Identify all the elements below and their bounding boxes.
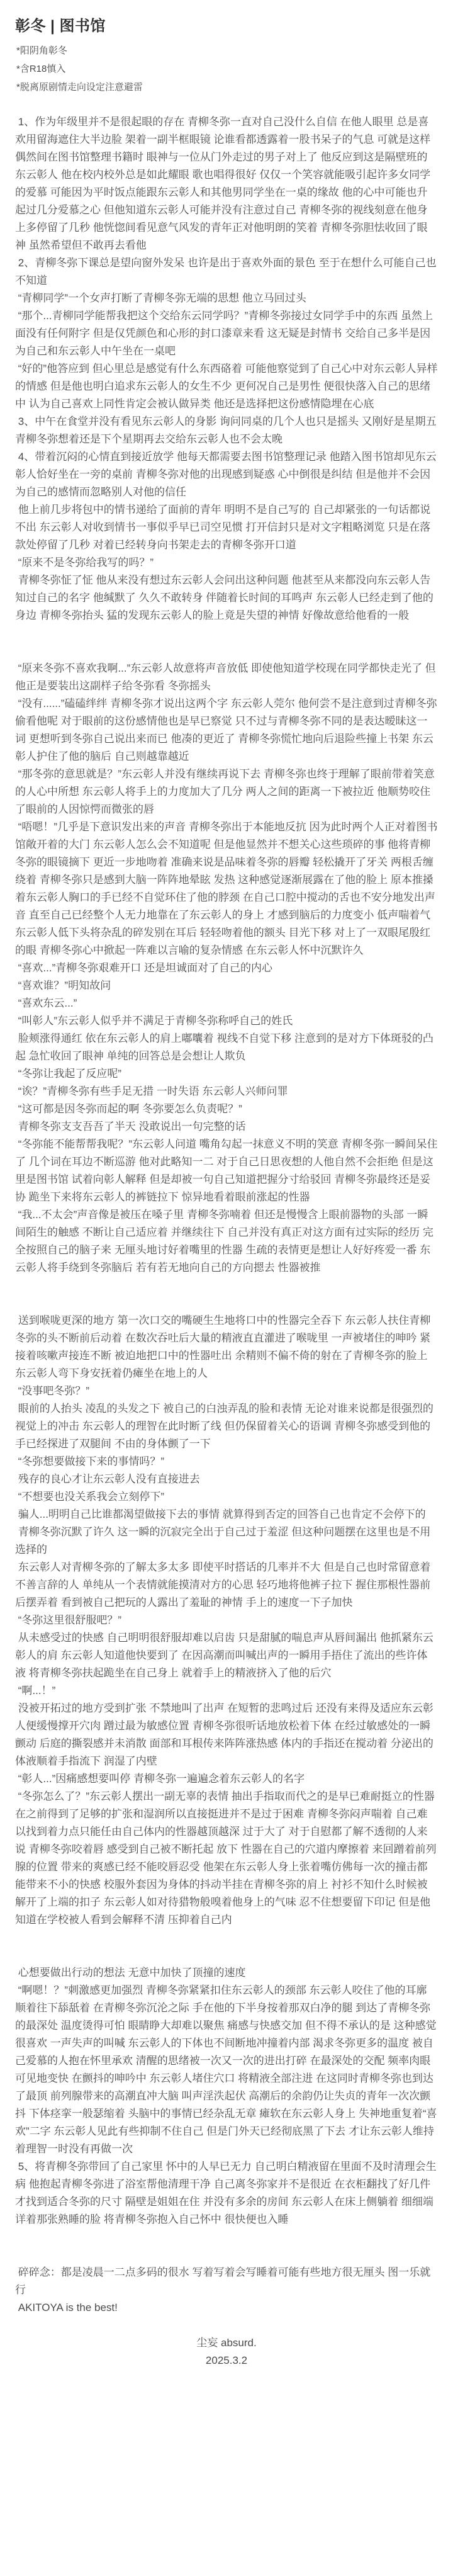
story-paragraph: 3、中午在食堂并没有看见东云彰人的身影 询问同桌的几个人也只是摇头 又刚好是星期… — [15, 413, 438, 448]
story-paragraph: 青柳冬弥沉默了许久 这一瞬的沉寂完全出于自己过于羞涩 但这种问题摆在这里也是不用… — [15, 1523, 438, 1559]
story-paragraph: “冬弥想要做接下来的事情吗？” — [15, 1453, 438, 1471]
story-paragraph: 心想要做出行动的想法 无意中加快了顶撞的速度 — [15, 1964, 438, 1982]
story-paragraph: 5、将青柳冬弥带回了自己家里 怀中的人早已无力 自己明白精液留在里面不及时清理会… — [15, 2158, 438, 2229]
story-paragraph: “这可都是因冬弥而起的啊 冬弥要怎么负责呢？” — [15, 1100, 438, 1118]
story-paragraph: “我...不太会”声音像是被压在嗓子里 青柳冬弥喃着 但还是慢慢含上眼前器物的头… — [15, 1206, 438, 1277]
story-paragraph: “没事吧冬弥？” — [15, 1382, 438, 1400]
post-article: 彰冬 | 图书馆 *阳阴角彰冬 *含R18慎入 *脱离原剧情走向设定注意避雷 1… — [0, 0, 453, 2370]
story-paragraph: 他上前几步将包中的情书递给了面前的青年 明明不是自己写的 自己却紧张的一句话都说… — [15, 501, 438, 554]
blank-gap — [15, 1929, 438, 1964]
story-paragraph: 骗人...明明自己比谁都渴望做接下去的事情 就算得到否定的回答自己也肯定不会停下… — [15, 1506, 438, 1523]
story-paragraph: 1、作为年级里并不是很起眼的存在 青柳冬弥一直对自己没什么自信 在他人眼里 总是… — [15, 113, 438, 254]
story-paragraph: 脸颊涨得通红 依在东云彰人的肩上嘟囔着 视线不自觉下移 注意到的是对方下体斑驳的… — [15, 1030, 438, 1065]
story-paragraph: 东云彰人对青柳冬弥的了解太多太多 即使平时搭话的几率并不大 但是自己也时常留意着… — [15, 1559, 438, 1612]
post-body: 1、作为年级里并不是很起眼的存在 青柳冬弥一直对自己没什么自信 在他人眼里 总是… — [15, 113, 438, 2334]
story-paragraph: “喜欢...”青柳冬弥艰难开口 还是坦诚面对了自己的内心 — [15, 959, 438, 977]
story-paragraph: 青柳冬弥支支吾吾了半天 没敢说出一句完整的话 — [15, 1118, 438, 1136]
story-paragraph: AKITOYA is the best! — [15, 2299, 438, 2317]
post-footer: 尘妄 absurd. 2025.3.2 — [15, 2334, 438, 2370]
story-paragraph: “那个...青柳同学能帮我把这个交给东云同学吗？”青柳冬弥接过女同学手中的东西 … — [15, 307, 438, 360]
story-paragraph: “那冬弥的意思就是？”东云彰人并没有继续再说下去 青柳冬弥也终于理解了眼前带着笑… — [15, 765, 438, 818]
story-paragraph: “青柳同学”一个女声打断了青柳冬弥无端的思想 他立马回过头 — [15, 290, 438, 307]
story-paragraph: “啊嗯！？”刺激感更加强烈 青柳冬弥紧紧扣住东云彰人的颈部 东云彰人咬住了他的耳… — [15, 1982, 438, 2158]
story-paragraph: 残存的良心才让东云彰人没有直接进去 — [15, 1471, 438, 1488]
story-paragraph: “彰人...”因痛感想要叫停 青柳冬弥一遍遍念着东云彰人的名字 — [15, 1770, 438, 1788]
tag-line: *含R18慎入 — [15, 60, 438, 78]
author-signature: 尘妄 absurd. — [15, 2334, 438, 2352]
tag-line: *脱离原剧情走向设定注意避雷 — [15, 78, 438, 96]
story-paragraph: “冬弥怎么了？”东云彰人摆出一副无辜的表情 抽出手指取而代之的是早已难耐挺立的性… — [15, 1788, 438, 1929]
tag-line: *阳阴角彰冬 — [15, 42, 438, 60]
story-paragraph: “好的”他答应到 但心里总是感觉有什么东西硌着 可能他察觉到了自己心中对东云彰人… — [15, 360, 438, 413]
blank-gap — [15, 2229, 438, 2264]
story-paragraph: “冬弥能不能帮帮我呢？”东云彰人问道 嘴角勾起一抹意义不明的笑意 青柳冬弥一瞬间… — [15, 1136, 438, 1206]
blank-gap — [15, 2317, 438, 2334]
story-paragraph: “喜欢谁？”明知故问 — [15, 977, 438, 995]
story-paragraph: “诶？”青柳冬弥有些手足无措 一时失语 东云彰人兴师问罪 — [15, 1083, 438, 1100]
story-paragraph: “喜欢东云...” — [15, 995, 438, 1012]
story-paragraph: 从未感受过的快感 自己明明很舒服却难以启齿 只是甜腻的喘息声从唇间漏出 他抓紧东… — [15, 1629, 438, 1682]
story-paragraph: 送到喉咙更深的地方 第一次口交的嘴硬生生地将口中的性器完全吞下 东云彰人扶住青柳… — [15, 1312, 438, 1382]
story-paragraph: “原来冬弥不喜欢我啊...”东云彰人故意将声音放低 即使他知道学校现在同学都快走… — [15, 660, 438, 695]
blank-gap — [15, 624, 438, 660]
post-title: 彰冬 | 图书馆 — [15, 16, 438, 37]
story-paragraph: 没被开拓过的地方受到扩张 不禁地叫了出声 在短暂的悲鸣过后 还没有来得及适应东云… — [15, 1700, 438, 1770]
story-paragraph: “没有......”磕磕绊绊 青柳冬弥才说出这两个字 东云彰人莞尔 他何尝不是注… — [15, 695, 438, 765]
story-paragraph: “冬弥让我起了反应呢” — [15, 1065, 438, 1083]
story-paragraph: “冬弥这里很舒服吧？” — [15, 1612, 438, 1629]
story-paragraph: 青柳冬弥怔了怔 他从来没有想过东云彰人会问出这种问题 他甚至从来都没向东云彰人告… — [15, 572, 438, 624]
story-paragraph: “原来不是冬弥给我写的吗？” — [15, 554, 438, 572]
story-paragraph: 4、带着沉闷的心情直到接近放学 他每天都需要去图书馆整理记录 他踏入图书馆却见东… — [15, 448, 438, 501]
post-date: 2025.3.2 — [15, 2352, 438, 2370]
story-paragraph: 2、青柳冬弥下课总是望向窗外发呆 也许是出于喜欢外面的景色 至于在想什么可能自己… — [15, 254, 438, 290]
story-paragraph: 碎碎念：都是凌晨一二点多码的很水 写着写着会写睡着可能有些地方很无厘头 图一乐就… — [15, 2264, 438, 2299]
story-paragraph: “唔嗯！”几乎是下意识发出来的声音 青柳冬弥出于本能地反抗 因为此时两个人正对着… — [15, 818, 438, 959]
story-paragraph: “啊...！” — [15, 1682, 438, 1700]
blank-gap — [15, 1277, 438, 1312]
tag-list: *阳阴角彰冬 *含R18慎入 *脱离原剧情走向设定注意避雷 — [15, 42, 438, 96]
story-paragraph: 眼前的人抬头 凌乱的头发之下 被自己的白浊弄乱的脸和表情 无论对谁来说都是很强烈… — [15, 1400, 438, 1453]
story-paragraph: “不想要也没关系我会立刻停下” — [15, 1488, 438, 1506]
story-paragraph: “叫彰人”东云彰人似乎并不满足于青柳冬弥称呼自己的姓氏 — [15, 1012, 438, 1030]
